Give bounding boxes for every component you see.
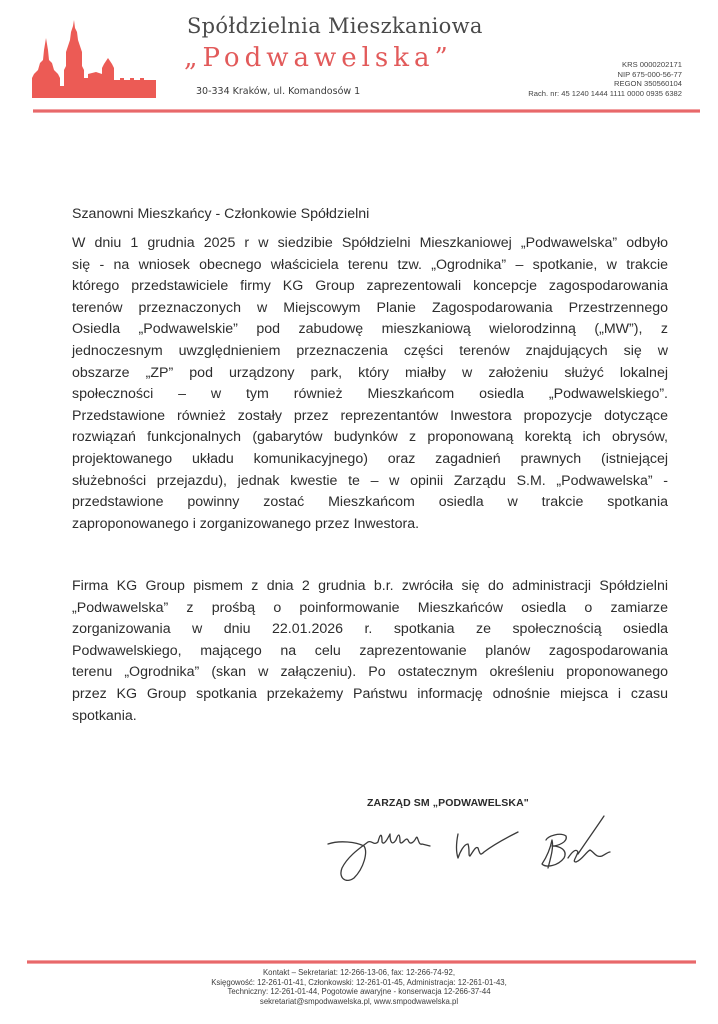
text-line: zorganizowania w dniu 22.01.2026 r. spot… (72, 619, 668, 641)
handwritten-signatures (320, 812, 620, 892)
text-line: jednoczesnym uwzględnieniem przeznaczeni… (72, 341, 668, 363)
text-line: spotkania. (72, 706, 668, 728)
footer-contact: Kontakt – Sekretariat: 12-266-13-06, fax… (0, 968, 718, 1006)
text-line: Podwawelskiego, mającego na celu zapreze… (72, 641, 668, 663)
text-line: przedstawione powinny zostać Mieszkańcom… (72, 492, 668, 514)
organization-address: 30-334 Kraków, ul. Komandosów 1 (196, 86, 360, 97)
signature-3-icon (542, 816, 610, 868)
text-line: W dniu 1 grudnia 2025 r w siedzibie Spół… (72, 233, 668, 255)
text-line: terenu „Ogrodnika” (skan w załączeniu). … (72, 662, 668, 684)
text-line: „Podwawelska” z prośbą o poinformowanie … (72, 598, 668, 620)
text-line: Firma KG Group pismem z dnia 2 grudnia b… (72, 576, 668, 598)
paragraph-1: W dniu 1 grudnia 2025 r w siedzibie Spół… (72, 233, 668, 535)
footer-line-secretariat: Kontakt – Sekretariat: 12-266-13-06, fax… (0, 968, 718, 978)
header-divider (33, 109, 700, 113)
bank-account: Rach. nr: 45 1240 1444 1111 0000 0935 63… (528, 89, 682, 99)
text-line: społeczności – w tym również Mieszkańcom… (72, 384, 668, 406)
organization-name: Spółdzielnia Mieszkaniowa (187, 14, 483, 38)
organization-subtitle: „Podwawelska” (184, 43, 453, 73)
text-line: Przedstawione również zostały przez repr… (72, 406, 668, 428)
text-line: rozwiązań funkcjonalnych (gabarytów budy… (72, 427, 668, 449)
footer-line-departments: Księgowość: 12-261-01-41, Członkowski: 1… (0, 978, 718, 988)
board-signature-title: ZARZĄD SM „PODWAWELSKA" (367, 797, 529, 809)
footer-line-email-web[interactable]: sekretariat@smpodwawelska.pl, www.smpodw… (0, 997, 718, 1007)
salutation: Szanowni Mieszkańcy - Członkowie Spółdzi… (72, 206, 668, 222)
text-line: się - na wniosek obecnego właściciela te… (72, 255, 668, 277)
text-line: którego przedstawiciele firmy KG Group z… (72, 276, 668, 298)
footer-divider (27, 960, 696, 964)
text-line: zaproponowanego i zorganizowanego przez … (72, 514, 668, 536)
regon-number: REGON 350560104 (528, 79, 682, 89)
text-line: Osiedla „Podwawelskie” pod zabudowę mies… (72, 319, 668, 341)
footer-line-technical: Techniczny: 12-261-01-44, Pogotowie awar… (0, 987, 718, 997)
registration-info: KRS 0000202171 NIP 675-000-56-77 REGON 3… (528, 60, 682, 98)
text-line: służebności przejazdu), jednak kwestie t… (72, 471, 668, 493)
text-line: terenów przeznaczonych w Miejscowym Plan… (72, 298, 668, 320)
signature-1-icon (328, 834, 430, 880)
text-line: projektowanego układu komunikacyjnego) o… (72, 449, 668, 471)
text-line: obszarze „ZP” pod urządzony park, który … (72, 363, 668, 385)
wawel-castle-logo-icon (30, 8, 158, 98)
krs-number: KRS 0000202171 (528, 60, 682, 70)
text-line: przez KG Group spotkania przekażemy Pańs… (72, 684, 668, 706)
nip-number: NIP 675-000-56-77 (528, 70, 682, 80)
paragraph-2: Firma KG Group pismem z dnia 2 grudnia b… (72, 576, 668, 727)
signature-2-icon (457, 832, 519, 858)
